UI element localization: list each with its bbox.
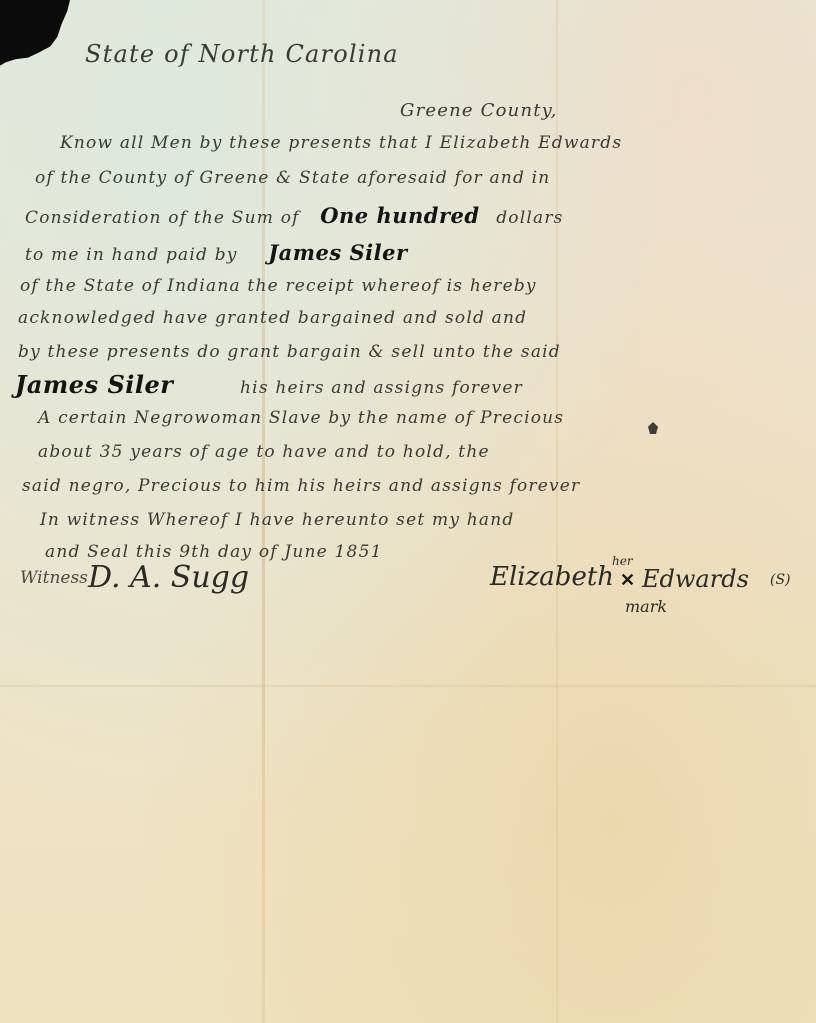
body-line-9: A certain Negrowoman Slave by the name o… — [38, 408, 564, 428]
body-line-8: James Siler his heirs and assigns foreve… — [15, 370, 523, 399]
mark-label: mark — [625, 597, 667, 616]
body-line-7: by these presents do grant bargain & sel… — [18, 342, 561, 362]
body-line-6: acknowledged have granted bargained and … — [18, 308, 527, 328]
body-line-12: In witness Whereof I have hereunto set m… — [40, 510, 514, 530]
paid-by-text: to me in hand paid by — [25, 245, 238, 265]
heirs-text: his heirs and assigns forever — [240, 378, 523, 398]
body-line-2: of the County of Greene & State aforesai… — [35, 168, 550, 188]
body-line-3: Consideration of the Sum of One hundred … — [25, 203, 564, 228]
heading-state: State of North Carolina — [85, 40, 399, 68]
her-label: her — [612, 554, 633, 568]
witness-signature: D. A. Sugg — [88, 560, 249, 595]
heading-county: Greene County, — [400, 100, 558, 121]
buyer-name-repeat: James Siler — [15, 370, 173, 399]
body-line-5: of the State of Indiana the receipt wher… — [20, 276, 537, 296]
body-line-11: said negro, Precious to him his heirs an… — [22, 476, 580, 496]
consideration-text: Consideration of the Sum of — [25, 208, 300, 228]
body-line-13: and Seal this 9th day of June 1851 — [45, 542, 383, 562]
seal-mark: (S) — [770, 572, 791, 588]
body-line-4: to me in hand paid by James Siler — [25, 240, 408, 265]
amount-tail: dollars — [496, 208, 563, 228]
witness-label: Witness — [20, 568, 88, 588]
body-line-1: Know all Men by these presents that I El… — [60, 133, 622, 153]
fold-crease-vertical-right — [556, 0, 558, 1023]
buyer-name: James Siler — [268, 240, 407, 265]
body-line-10: about 35 years of age to have and to hol… — [38, 442, 490, 462]
fold-crease-horizontal — [0, 685, 816, 687]
seller-first-name: Elizabeth — [490, 562, 614, 592]
mark-x-icon: ✕ — [620, 570, 635, 591]
amount: One hundred — [320, 203, 479, 228]
seller-last-name: Edwards — [642, 565, 749, 593]
